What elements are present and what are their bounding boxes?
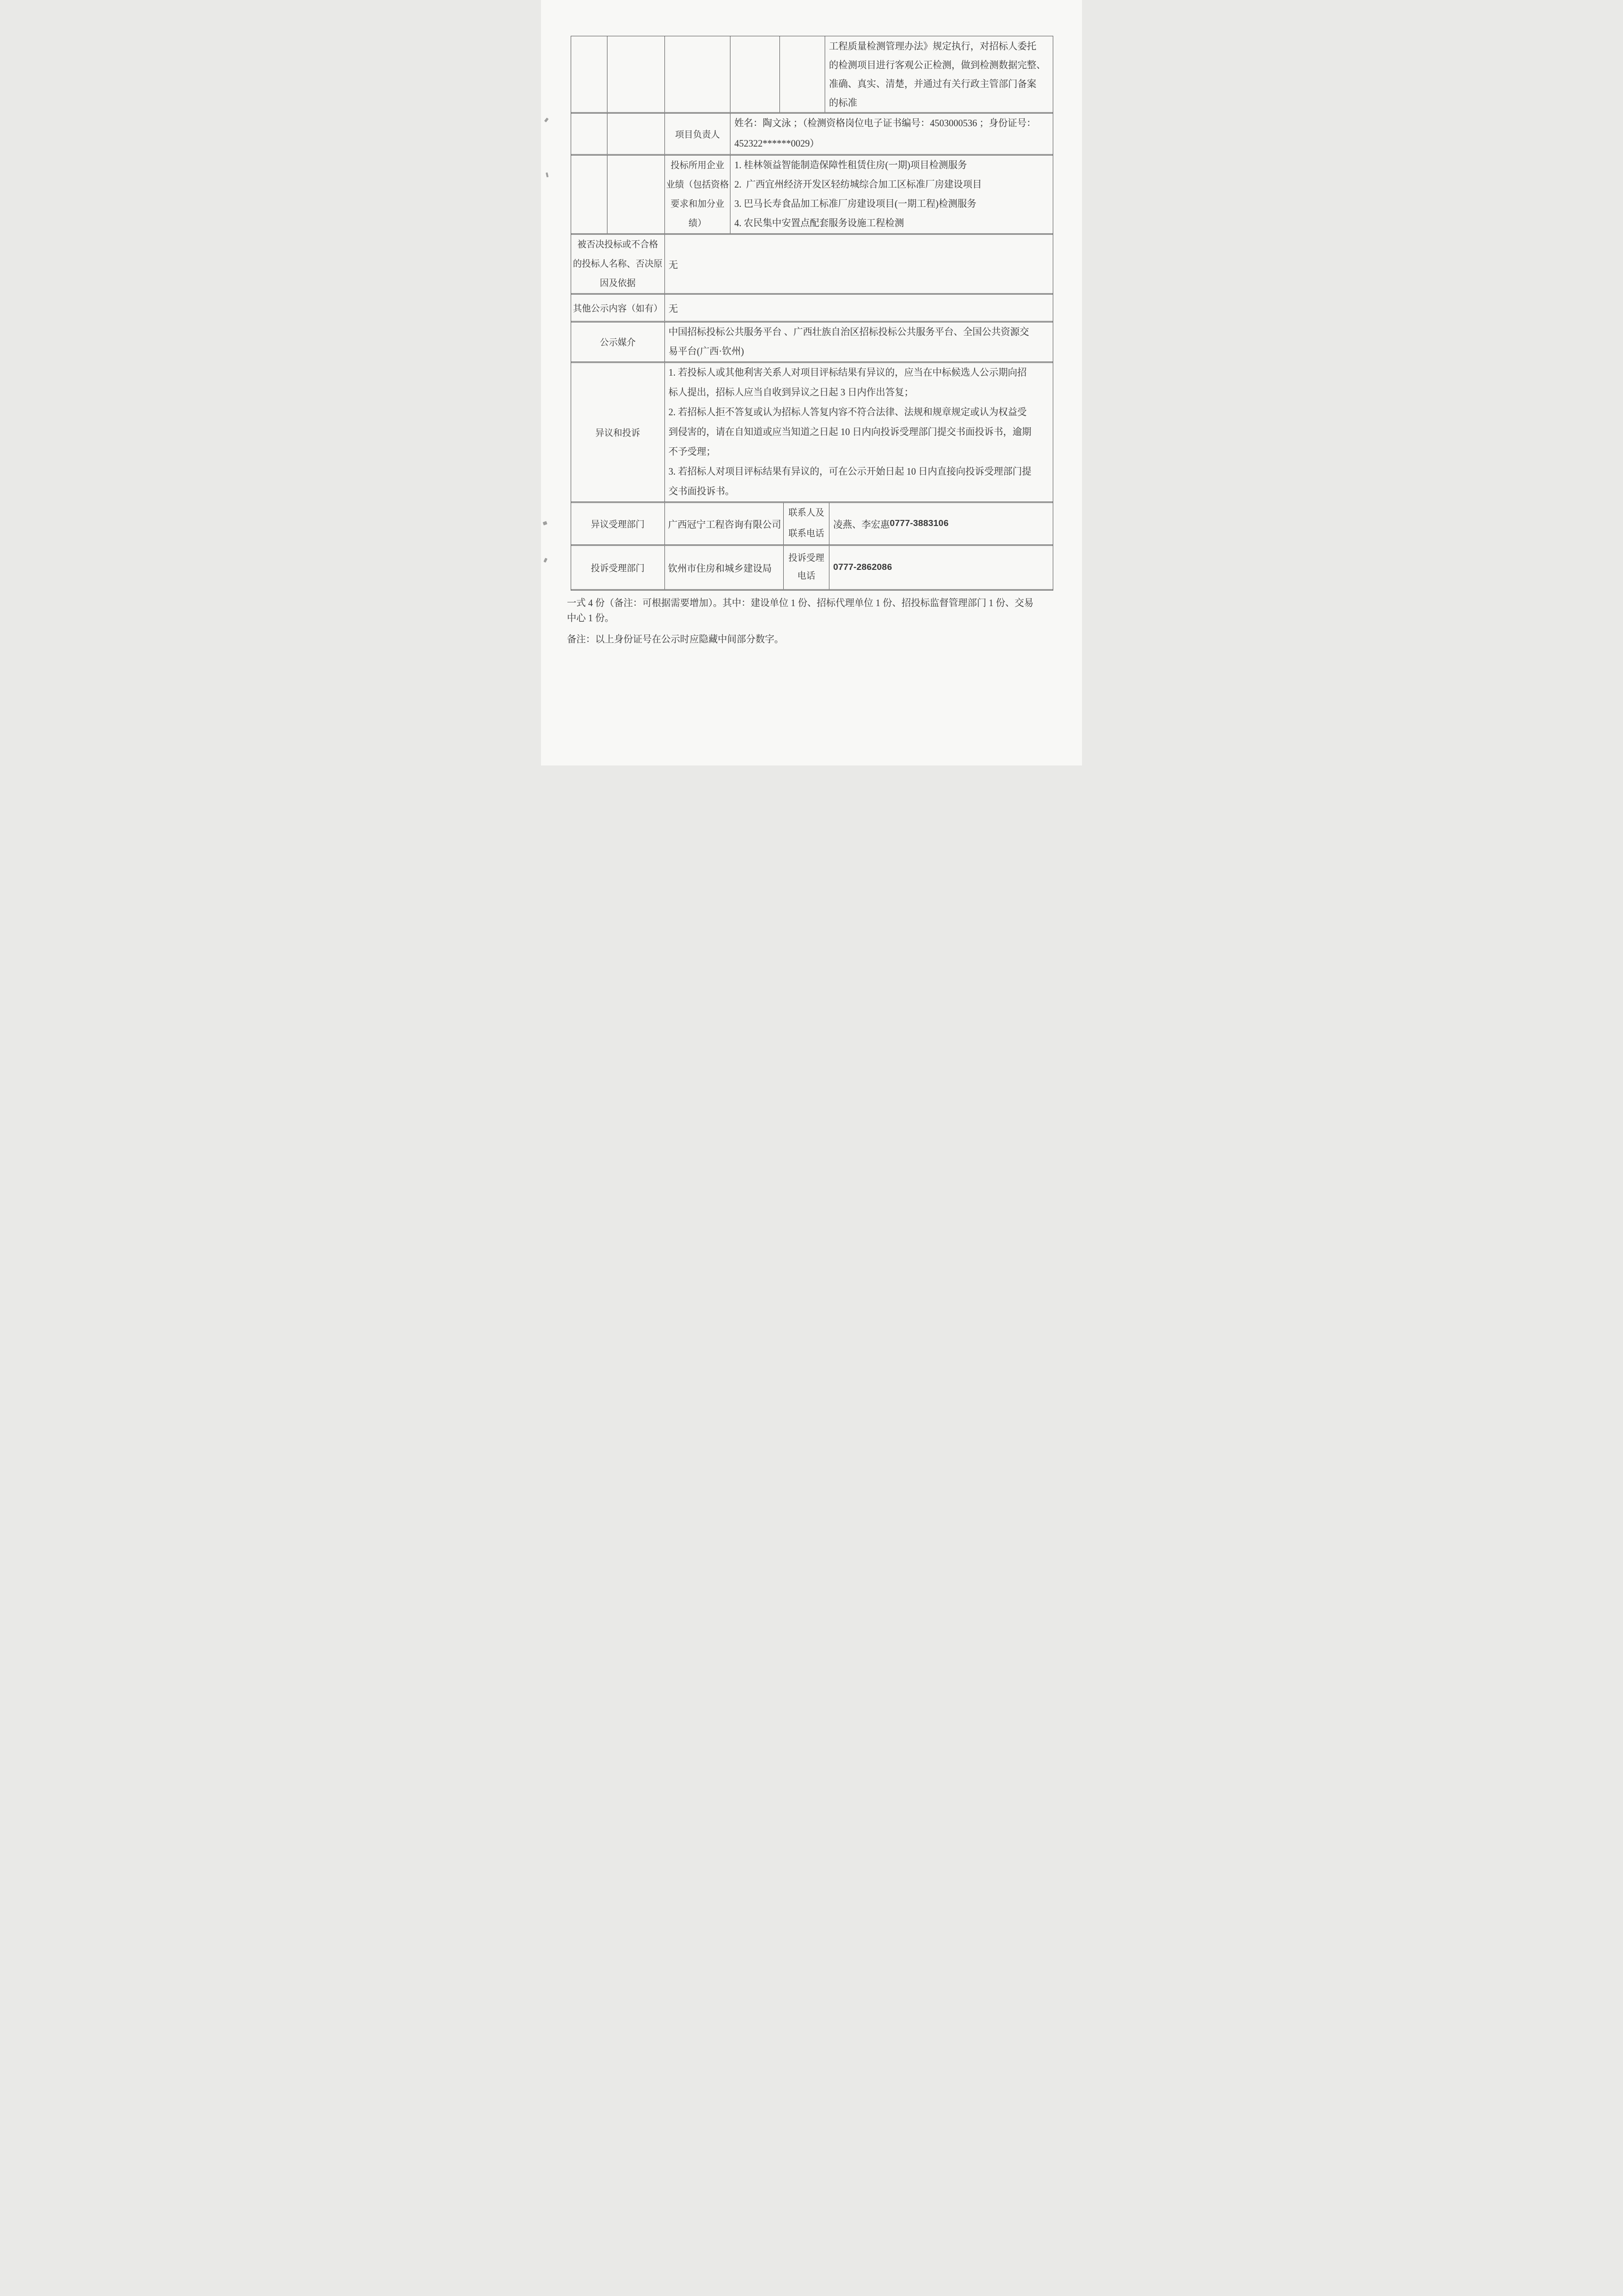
objection-contact-phone: 0777-3883106 — [890, 518, 949, 529]
scan-artifact — [546, 173, 549, 178]
scan-artifact — [543, 521, 548, 525]
empty-cell — [607, 36, 665, 112]
table-row-complaint-dept: 投诉受理部门 钦州市住房和城乡建设局 投诉受理 电话 0777-2862086 — [571, 546, 1053, 591]
table-row-objection-complaint: 异议和投诉 1. 若投标人或其他利害关系人对项目评标结果有异议的，应当在中标候选… — [571, 363, 1053, 503]
objection-dept-contact-label: 联系人及 联系电话 — [784, 503, 829, 544]
complaint-phone-cell: 0777-2862086 — [829, 546, 1053, 589]
table-row-objection-dept: 异议受理部门 广西冠宁工程咨询有限公司 联系人及 联系电话 凌燕、李宏惠 077… — [571, 503, 1053, 546]
copies-note: 一式 4 份（备注：可根据需要增加）。其中：建设单位 1 份、招标代理单位 1 … — [567, 596, 1060, 626]
empty-cell — [571, 36, 607, 112]
table-row-other-content: 其他公示内容（如有） 无 — [571, 295, 1053, 322]
media-label: 公示媒介 — [571, 322, 665, 362]
performance-items: 1. 桂林领益智能制造保障性租赁住房(一期)项目检测服务 2. 广西宜州经济开发… — [734, 156, 982, 233]
empty-cell — [780, 36, 825, 112]
project-leader-value: 姓名：陶文泳 ；（检测资格岗位电子证书编号：4503000536 ；身份证号： … — [734, 114, 1036, 154]
scanned-document-page: 工程质量检测管理办法》规定执行，对招标人委托 的检测项目进行客观公正检测，做到检… — [541, 0, 1082, 765]
complaint-dept-org: 钦州市住房和城乡建设局 — [665, 546, 784, 589]
standards-text: 工程质量检测管理办法》规定执行，对招标人委托 的检测项目进行客观公正检测，做到检… — [829, 36, 1046, 112]
scan-artifact — [544, 117, 549, 122]
objection-dept-label: 异议受理部门 — [571, 503, 665, 544]
empty-cell — [607, 156, 665, 233]
table-row-rejected-bidders: 被否决投标或不合格 的投标人名称、否决原 因及依据 无 — [571, 235, 1053, 295]
performance-label: 投标所用企业 业绩（包括资格 要求和加分业 绩） — [665, 156, 731, 233]
standards-text-cell: 工程质量检测管理办法》规定执行，对招标人委托 的检测项目进行客观公正检测，做到检… — [825, 36, 1053, 112]
other-content-label: 其他公示内容（如有） — [571, 295, 665, 321]
objection-complaint-text: 1. 若投标人或其他利害关系人对项目评标结果有异议的，应当在中标候选人公示期向招… — [669, 363, 1032, 502]
media-value-cell: 中国招标投标公共服务平台 、广西壮族自治区招标投标公共服务平台、全国公共资源交 … — [665, 322, 1053, 362]
table-row-performance: 投标所用企业 业绩（包括资格 要求和加分业 绩） 1. 桂林领益智能制造保障性租… — [571, 156, 1053, 235]
bid-result-table: 工程质量检测管理办法》规定执行，对招标人委托 的检测项目进行客观公正检测，做到检… — [571, 36, 1053, 591]
media-value: 中国招标投标公共服务平台 、广西壮族自治区招标投标公共服务平台、全国公共资源交 … — [669, 323, 1029, 362]
scan-artifact — [543, 558, 547, 562]
rejected-bidders-label: 被否决投标或不合格 的投标人名称、否决原 因及依据 — [571, 235, 665, 293]
empty-cell — [665, 36, 731, 112]
other-content-value: 无 — [665, 295, 1053, 321]
empty-cell — [571, 156, 607, 233]
objection-complaint-label: 异议和投诉 — [571, 363, 665, 502]
rejected-bidders-value: 无 — [665, 235, 1053, 293]
empty-cell — [730, 36, 780, 112]
objection-dept-contact-cell: 凌燕、李宏惠 0777-3883106 — [829, 503, 1053, 544]
empty-cell — [571, 114, 607, 154]
project-leader-value-cell: 姓名：陶文泳 ；（检测资格岗位电子证书编号：4503000536 ；身份证号： … — [730, 114, 1053, 154]
performance-items-cell: 1. 桂林领益智能制造保障性租赁住房(一期)项目检测服务 2. 广西宜州经济开发… — [730, 156, 1053, 233]
objection-contact-names: 凌燕、李宏惠 — [833, 517, 890, 531]
objection-dept-org: 广西冠宁工程咨询有限公司 — [665, 503, 784, 544]
table-row-media: 公示媒介 中国招标投标公共服务平台 、广西壮族自治区招标投标公共服务平台、全国公… — [571, 322, 1053, 363]
table-row-standards: 工程质量检测管理办法》规定执行，对招标人委托 的检测项目进行客观公正检测，做到检… — [571, 36, 1053, 114]
complaint-phone: 0777-2862086 — [833, 562, 892, 573]
table-row-project-leader: 项目负责人 姓名：陶文泳 ；（检测资格岗位电子证书编号：4503000536 ；… — [571, 114, 1053, 156]
project-leader-label: 项目负责人 — [665, 114, 731, 154]
empty-cell — [607, 114, 665, 154]
complaint-dept-label: 投诉受理部门 — [571, 546, 665, 589]
privacy-note: 备注：以上身份证号在公示时应隐藏中间部分数字。 — [567, 633, 1038, 647]
objection-complaint-text-cell: 1. 若投标人或其他利害关系人对项目评标结果有异议的，应当在中标候选人公示期向招… — [665, 363, 1053, 502]
complaint-phone-label: 投诉受理 电话 — [784, 546, 829, 589]
